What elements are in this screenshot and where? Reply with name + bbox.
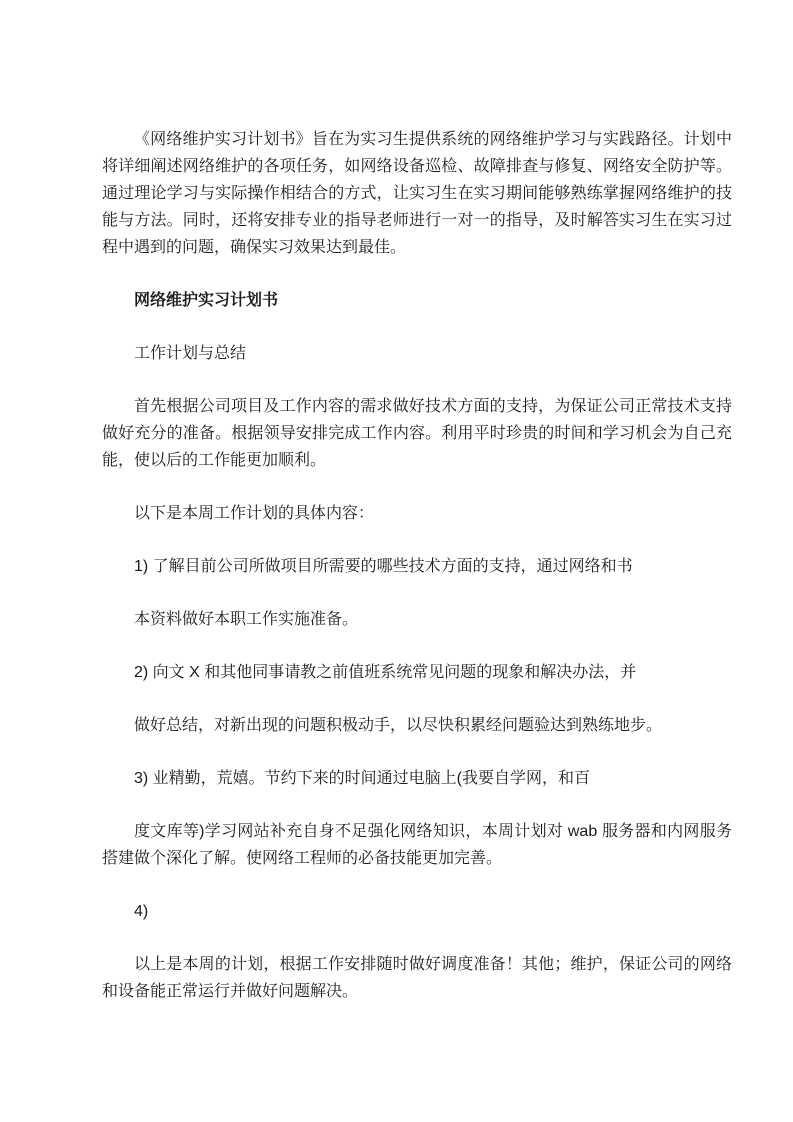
- list-item-3-line-1: 3) 业精勤，荒嬉。节约下来的时间通过电脑上(我要自学网，和百: [102, 765, 732, 792]
- list-item-4: 4): [102, 898, 732, 925]
- document-page: 《网络维护实习计划书》旨在为实习生提供系统的网络维护学习与实践路径。计划中将详细…: [0, 0, 793, 1122]
- overview-paragraph: 首先根据公司项目及工作内容的需求做好技术方面的支持，为保证公司正常技术支持做好充…: [102, 393, 732, 474]
- list-intro-line: 以下是本周工作计划的具体内容：: [102, 500, 732, 527]
- section-heading: 工作计划与总结: [102, 340, 732, 367]
- list-item-2-line-1: 2) 向文 X 和其他同事请教之前值班系统常见问题的现象和解决办法，并: [102, 659, 732, 686]
- document-title: 网络维护实习计划书: [102, 287, 732, 314]
- intro-paragraph: 《网络维护实习计划书》旨在为实习生提供系统的网络维护学习与实践路径。计划中将详细…: [102, 126, 732, 261]
- list-item-3-continuation: 度文库等)学习网站补充自身不足强化网络知识，本周计划对 wab 服务器和内网服务…: [102, 818, 732, 872]
- closing-paragraph: 以上是本周的计划，根据工作安排随时做好调度准备！其他；维护，保证公司的网络和设备…: [102, 951, 732, 1005]
- list-item-1-line-2: 本资料做好本职工作实施准备。: [102, 606, 732, 633]
- list-item-1-line-1: 1) 了解目前公司所做项目所需要的哪些技术方面的支持，通过网络和书: [102, 553, 732, 580]
- list-item-2-line-2: 做好总结，对新出现的问题积极动手，以尽快积累经问题验达到熟练地步。: [102, 712, 732, 739]
